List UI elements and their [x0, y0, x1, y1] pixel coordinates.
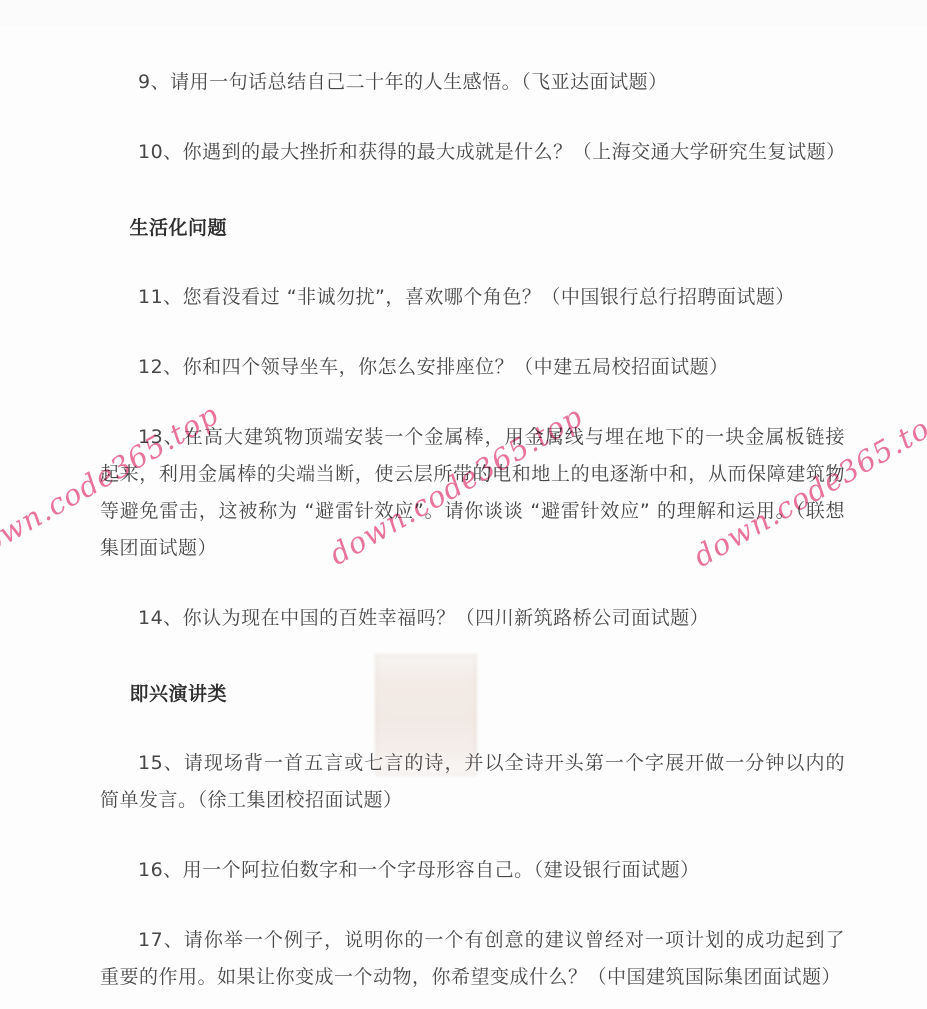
question-paragraph-9: 9、请用一句话总结自己二十年的人生感悟。（飞亚达面试题） [100, 64, 845, 101]
question-paragraph-13: 13、在高大建筑物顶端安装一个金属棒，用金属线与埋在地下的一块金属板链接起来，利… [100, 419, 845, 567]
question-paragraph-17: 17、请你举一个例子，说明你的一个有创意的建议曾经对一项计划的成功起到了重要的作… [100, 922, 845, 996]
question-paragraph-12: 12、你和四个领导坐车，你怎么安排座位？（中建五局校招面试题） [100, 349, 845, 386]
question-paragraph-11: 11、您看没看过 “非诚勿扰”，喜欢哪个角色？（中国银行总行招聘面试题） [100, 279, 845, 316]
section-heading-impromptu-speech: 即兴演讲类 [100, 677, 845, 712]
question-paragraph-16: 16、用一个阿拉伯数字和一个字母形容自己。（建设银行面试题） [100, 852, 845, 889]
question-paragraph-10: 10、你遇到的最大挫折和获得的最大成就是什么？（上海交通大学研究生复试题） [100, 134, 845, 171]
document-content: 9、请用一句话总结自己二十年的人生感悟。（飞亚达面试题） 10、你遇到的最大挫折… [100, 0, 845, 996]
section-heading-life-questions: 生活化问题 [100, 211, 845, 246]
question-paragraph-14: 14、你认为现在中国的百姓幸福吗？（四川新筑路桥公司面试题） [100, 600, 845, 637]
question-paragraph-15: 15、请现场背一首五言或七言的诗，并以全诗开头第一个字展开做一分钟以内的简单发言… [100, 745, 845, 819]
document-page: 9、请用一句话总结自己二十年的人生感悟。（飞亚达面试题） 10、你遇到的最大挫折… [0, 0, 927, 1009]
